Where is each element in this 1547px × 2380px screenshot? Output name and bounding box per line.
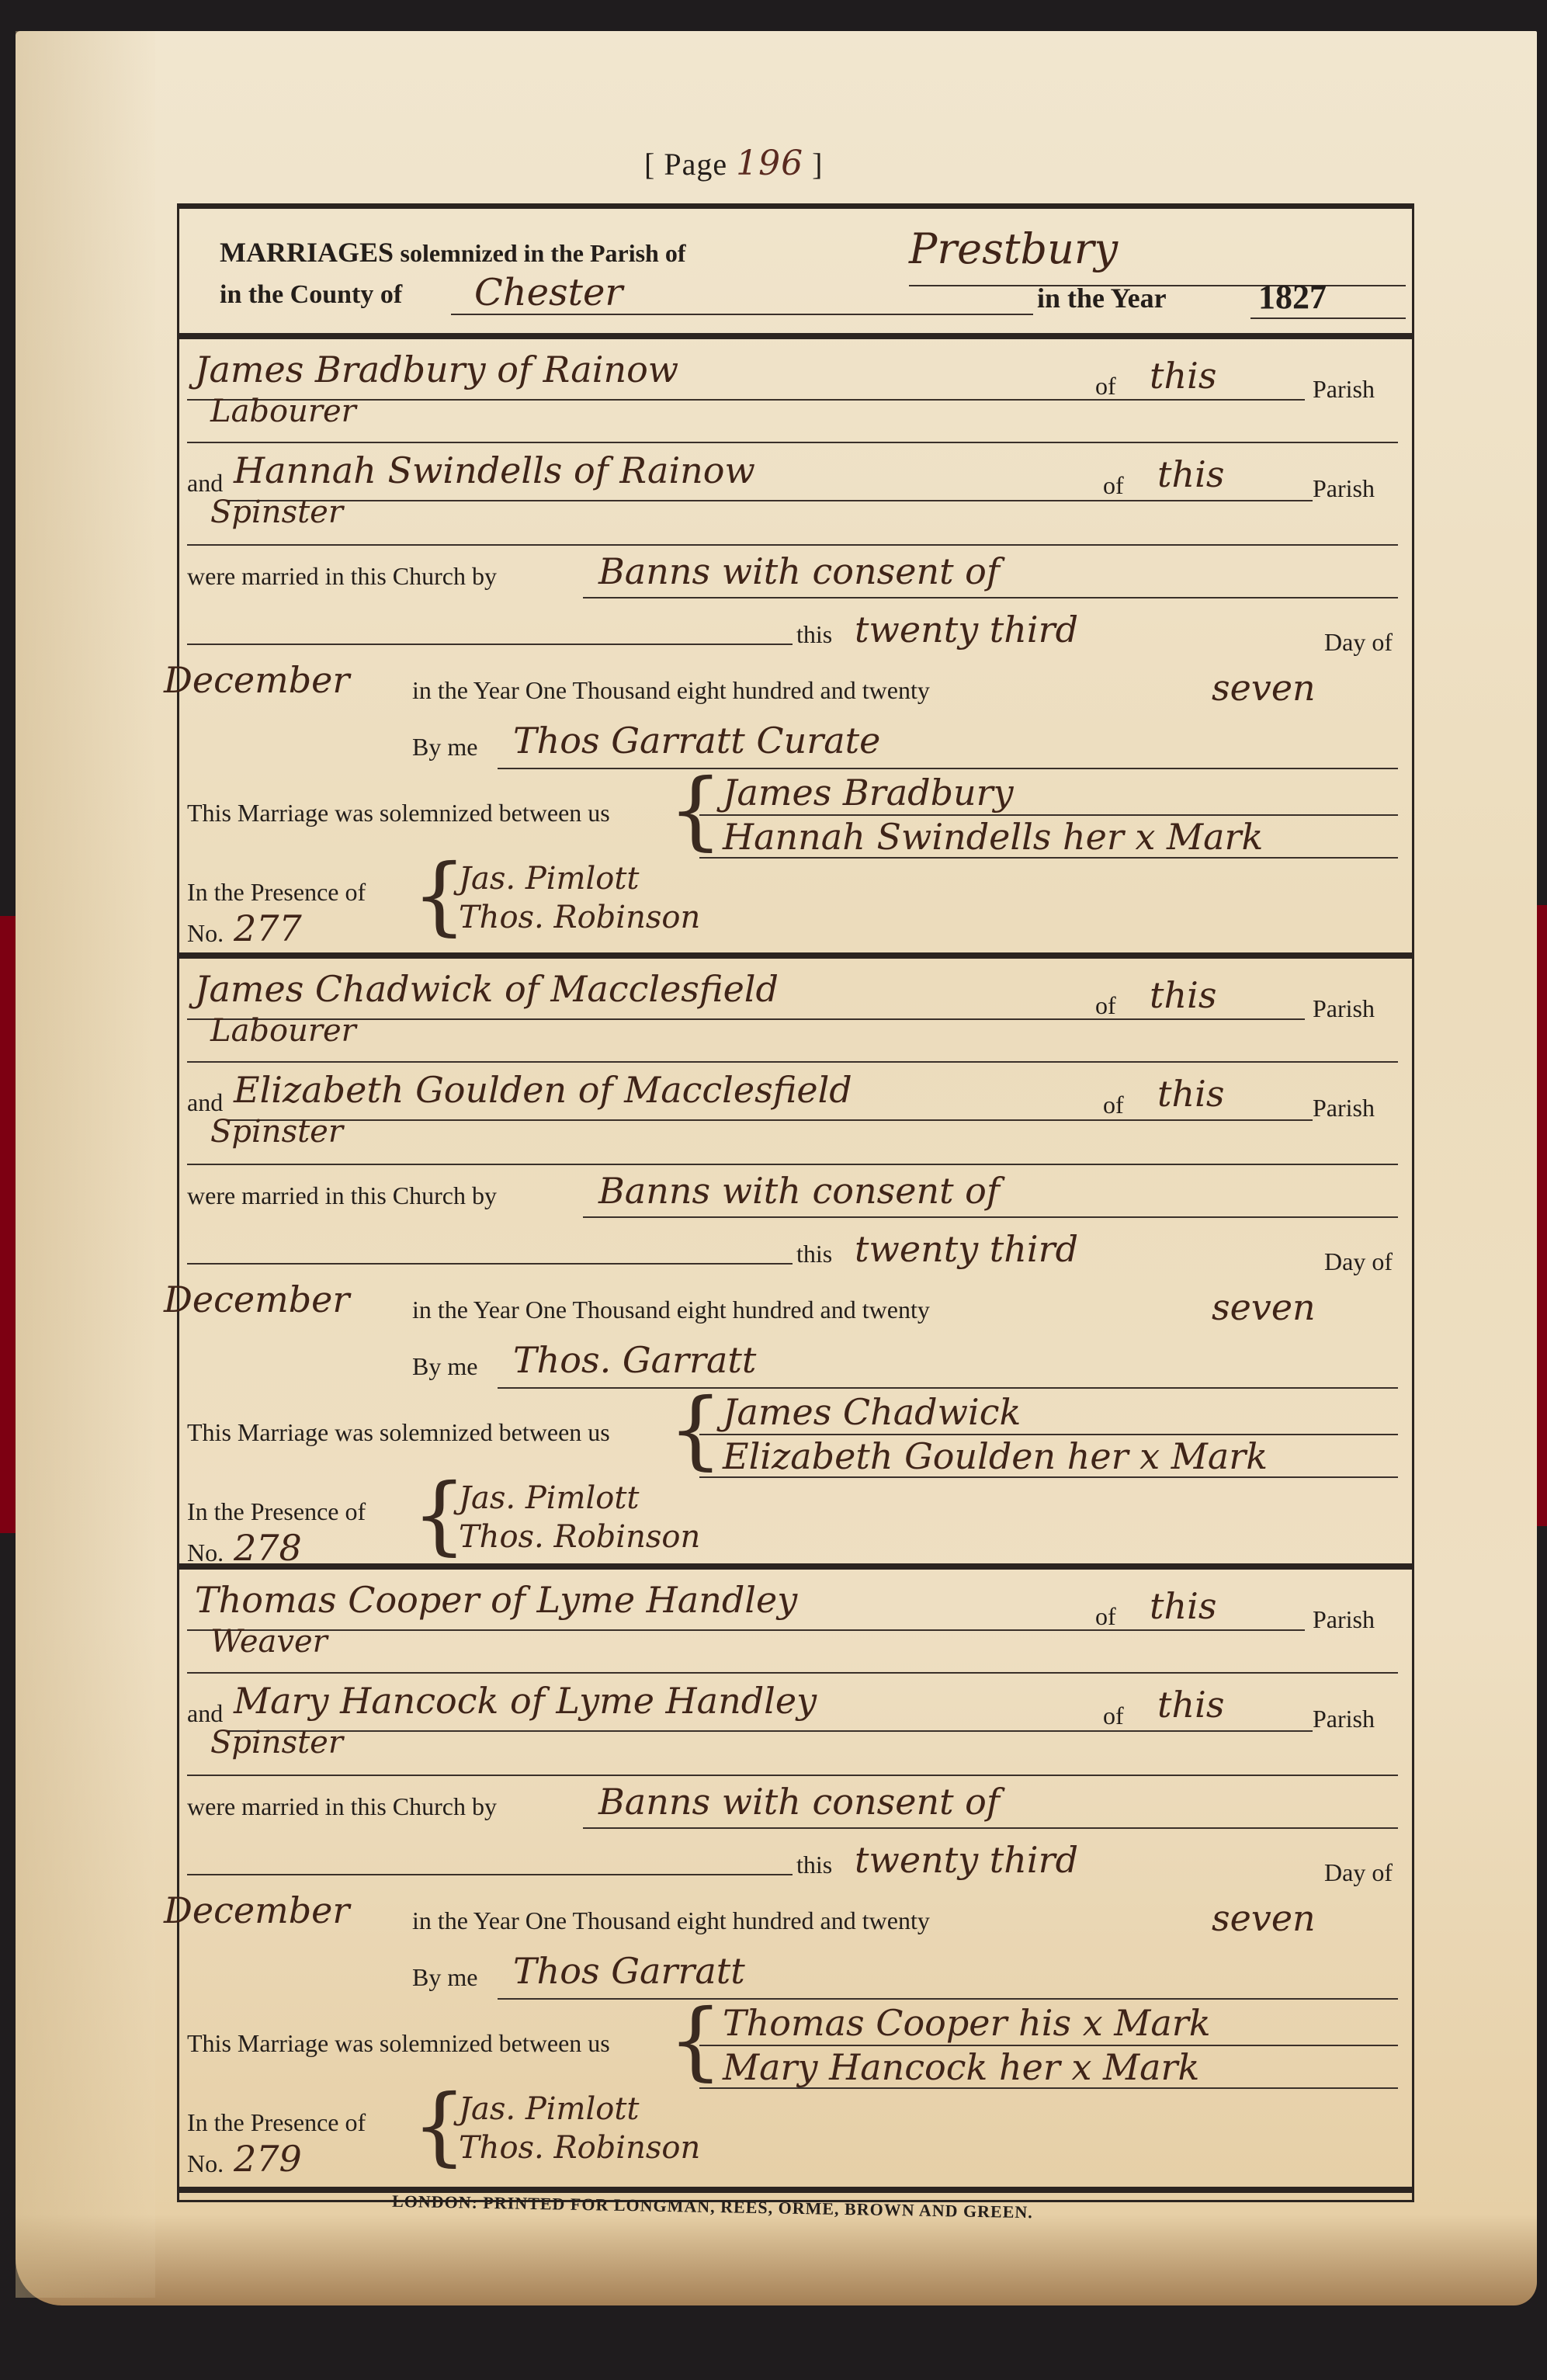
- day-of-label: Day of: [1324, 1247, 1393, 1276]
- day-of-label: Day of: [1324, 1858, 1393, 1887]
- rule: [187, 1629, 1305, 1631]
- month-value: December: [164, 659, 349, 701]
- year-text-label: in the Year One Thousand eight hundred a…: [412, 676, 930, 705]
- bride-signature: Elizabeth Goulden her x Mark: [723, 1435, 1268, 1477]
- rule: [187, 442, 1398, 443]
- day-value: twenty third: [855, 609, 1078, 651]
- entry-number: 278: [234, 1527, 302, 1569]
- year-text-label: in the Year One Thousand eight hundred a…: [412, 1296, 930, 1324]
- day-value: twenty third: [855, 1839, 1078, 1881]
- rule: [187, 1672, 1398, 1674]
- bride-name: Elizabeth Goulden of Macclesfield: [234, 1069, 852, 1111]
- married-by-label: were married in this Church by: [187, 562, 497, 591]
- bride-condition: Spinster: [210, 1114, 343, 1150]
- year-rule: [1250, 317, 1406, 319]
- number-label: No.: [187, 919, 224, 948]
- witness-2: Thos. Robinson: [459, 900, 700, 935]
- bride-name: Hannah Swindells of Rainow: [234, 449, 755, 491]
- by-me-label: By me: [412, 1352, 477, 1381]
- parish-label: Parish: [1313, 375, 1375, 404]
- page-gutter: [16, 31, 155, 2298]
- witness-1: Jas. Pimlott: [459, 2091, 640, 2127]
- bride-parish: this: [1157, 453, 1224, 495]
- presence-of-label: In the Presence of: [187, 1497, 366, 1526]
- officiant-value: Thos. Garratt: [513, 1339, 756, 1381]
- rule: [187, 644, 793, 645]
- rule: [583, 1216, 1398, 1218]
- parish-label: Parish: [1313, 1705, 1375, 1733]
- solemnized-between-label: This Marriage was solemnized between us: [187, 799, 610, 827]
- groom-signature: Thomas Cooper his x Mark: [723, 2002, 1211, 2044]
- month-value: December: [164, 1889, 349, 1931]
- page-number-label: [ Page 196 ]: [644, 144, 823, 183]
- number-label: No.: [187, 2149, 224, 2178]
- rule: [699, 1476, 1398, 1478]
- and-label: and: [187, 1088, 223, 1117]
- of-label: of: [1103, 1091, 1124, 1119]
- of-label: of: [1095, 1602, 1116, 1631]
- parish-label: Parish: [1313, 994, 1375, 1023]
- rule: [187, 1263, 793, 1265]
- entry-divider: [179, 1563, 1412, 1570]
- rule: [583, 1827, 1398, 1829]
- page-label-prefix: [ Page: [644, 147, 727, 182]
- entry-divider: [179, 2187, 1412, 2193]
- this-label: this: [796, 1240, 832, 1268]
- groom-occupation: Labourer: [210, 1013, 356, 1049]
- rule: [699, 1434, 1398, 1435]
- entry-divider: [179, 952, 1412, 959]
- bride-name: Mary Hancock of Lyme Handley: [234, 1680, 817, 1722]
- rule: [187, 1164, 1398, 1165]
- parish-value: Prestbury: [909, 224, 1118, 273]
- day-value: twenty third: [855, 1228, 1078, 1270]
- by-me-label: By me: [412, 733, 477, 762]
- brace-icon: {: [668, 1379, 723, 1479]
- witness-2: Thos. Robinson: [459, 2130, 700, 2166]
- header-line-1: MARRIAGES solemnized in the Parish of: [220, 236, 686, 269]
- witness-1: Jas. Pimlott: [459, 861, 640, 897]
- year-word-value: seven: [1212, 1286, 1316, 1328]
- witness-2: Thos. Robinson: [459, 1519, 700, 1555]
- marriage-entry-277: James Bradbury of Rainow of this Parish …: [179, 341, 1412, 938]
- rule: [498, 768, 1398, 769]
- and-label: and: [187, 469, 223, 498]
- groom-parish: this: [1150, 974, 1216, 1016]
- rule: [187, 1061, 1398, 1063]
- bride-condition: Spinster: [210, 1725, 343, 1761]
- month-value: December: [164, 1278, 349, 1320]
- and-label: and: [187, 1699, 223, 1728]
- groom-signature: James Bradbury: [723, 772, 1014, 814]
- presence-of-label: In the Presence of: [187, 2108, 366, 2137]
- rule: [699, 2045, 1398, 2046]
- year-word-value: seven: [1212, 1897, 1316, 1939]
- married-by-value: Banns with consent of: [598, 550, 1000, 592]
- page-label-suffix: ]: [812, 147, 823, 182]
- brace-icon: {: [668, 1990, 723, 2090]
- year-text-label: in the Year One Thousand eight hundred a…: [412, 1906, 930, 1935]
- groom-name: Thomas Cooper of Lyme Handley: [195, 1579, 797, 1621]
- this-label: this: [796, 1851, 832, 1879]
- solemnized-label: solemnized in the Parish of: [401, 239, 686, 267]
- rule: [583, 597, 1398, 598]
- of-label: of: [1095, 991, 1116, 1020]
- married-by-value: Banns with consent of: [598, 1170, 1000, 1212]
- header-line-2: in the County of: [220, 280, 402, 310]
- rule: [699, 814, 1398, 816]
- marriage-entry-279: Thomas Cooper of Lyme Handley of this Pa…: [179, 1571, 1412, 2169]
- groom-occupation: Weaver: [210, 1624, 328, 1660]
- officiant-value: Thos Garratt Curate: [513, 720, 880, 762]
- married-by-label: were married in this Church by: [187, 1181, 497, 1210]
- by-me-label: By me: [412, 1963, 477, 1992]
- groom-name: James Bradbury of Rainow: [195, 349, 678, 390]
- county-value: Chester: [474, 271, 623, 314]
- parish-label: Parish: [1313, 1094, 1375, 1122]
- page-number: 196: [736, 144, 803, 183]
- header-divider: [179, 333, 1412, 339]
- rule: [187, 1775, 1398, 1776]
- marriages-heading: MARRIAGES: [220, 237, 394, 268]
- of-label: of: [1103, 471, 1124, 500]
- day-of-label: Day of: [1324, 628, 1393, 657]
- entry-number: 277: [234, 907, 302, 949]
- of-label: of: [1103, 1702, 1124, 1730]
- rule: [226, 1119, 1313, 1121]
- bride-signature: Mary Hancock her x Mark: [723, 2046, 1199, 2088]
- bride-parish: this: [1157, 1073, 1224, 1115]
- year-label: in the Year: [1037, 282, 1167, 314]
- marriage-entry-278: James Chadwick of Macclesfield of this P…: [179, 960, 1412, 1558]
- bride-signature: Hannah Swindells her x Mark: [723, 816, 1263, 858]
- groom-name: James Chadwick of Macclesfield: [195, 968, 779, 1010]
- rule: [699, 2087, 1398, 2089]
- rule: [699, 857, 1398, 859]
- solemnized-between-label: This Marriage was solemnized between us: [187, 1418, 610, 1447]
- presence-of-label: In the Presence of: [187, 878, 366, 907]
- bride-condition: Spinster: [210, 494, 343, 530]
- parish-label: Parish: [1313, 474, 1375, 503]
- rule: [498, 1998, 1398, 2000]
- married-by-label: were married in this Church by: [187, 1792, 497, 1821]
- year-word-value: seven: [1212, 667, 1316, 709]
- register-header: MARRIAGES solemnized in the Parish of Pr…: [179, 209, 1412, 333]
- groom-occupation: Labourer: [210, 394, 356, 429]
- rule: [187, 544, 1398, 546]
- groom-parish: this: [1150, 355, 1216, 397]
- groom-parish: this: [1150, 1585, 1216, 1627]
- of-label: of: [1095, 372, 1116, 401]
- solemnized-between-label: This Marriage was solemnized between us: [187, 2029, 610, 2058]
- entry-number: 279: [234, 2138, 302, 2180]
- rule: [498, 1387, 1398, 1389]
- married-by-value: Banns with consent of: [598, 1781, 1000, 1823]
- rule: [226, 500, 1313, 501]
- this-label: this: [796, 620, 832, 649]
- parish-label: Parish: [1313, 1605, 1375, 1634]
- witness-1: Jas. Pimlott: [459, 1480, 640, 1516]
- register-frame: MARRIAGES solemnized in the Parish of Pr…: [177, 203, 1414, 2202]
- brace-icon: {: [668, 760, 723, 859]
- groom-signature: James Chadwick: [723, 1391, 1021, 1433]
- year-value: 1827: [1258, 277, 1327, 317]
- rule: [226, 1730, 1313, 1732]
- bride-parish: this: [1157, 1684, 1224, 1726]
- officiant-value: Thos Garratt: [513, 1950, 745, 1992]
- county-label: in the County of: [220, 280, 402, 309]
- rule: [187, 1874, 793, 1875]
- county-rule: [451, 314, 1033, 315]
